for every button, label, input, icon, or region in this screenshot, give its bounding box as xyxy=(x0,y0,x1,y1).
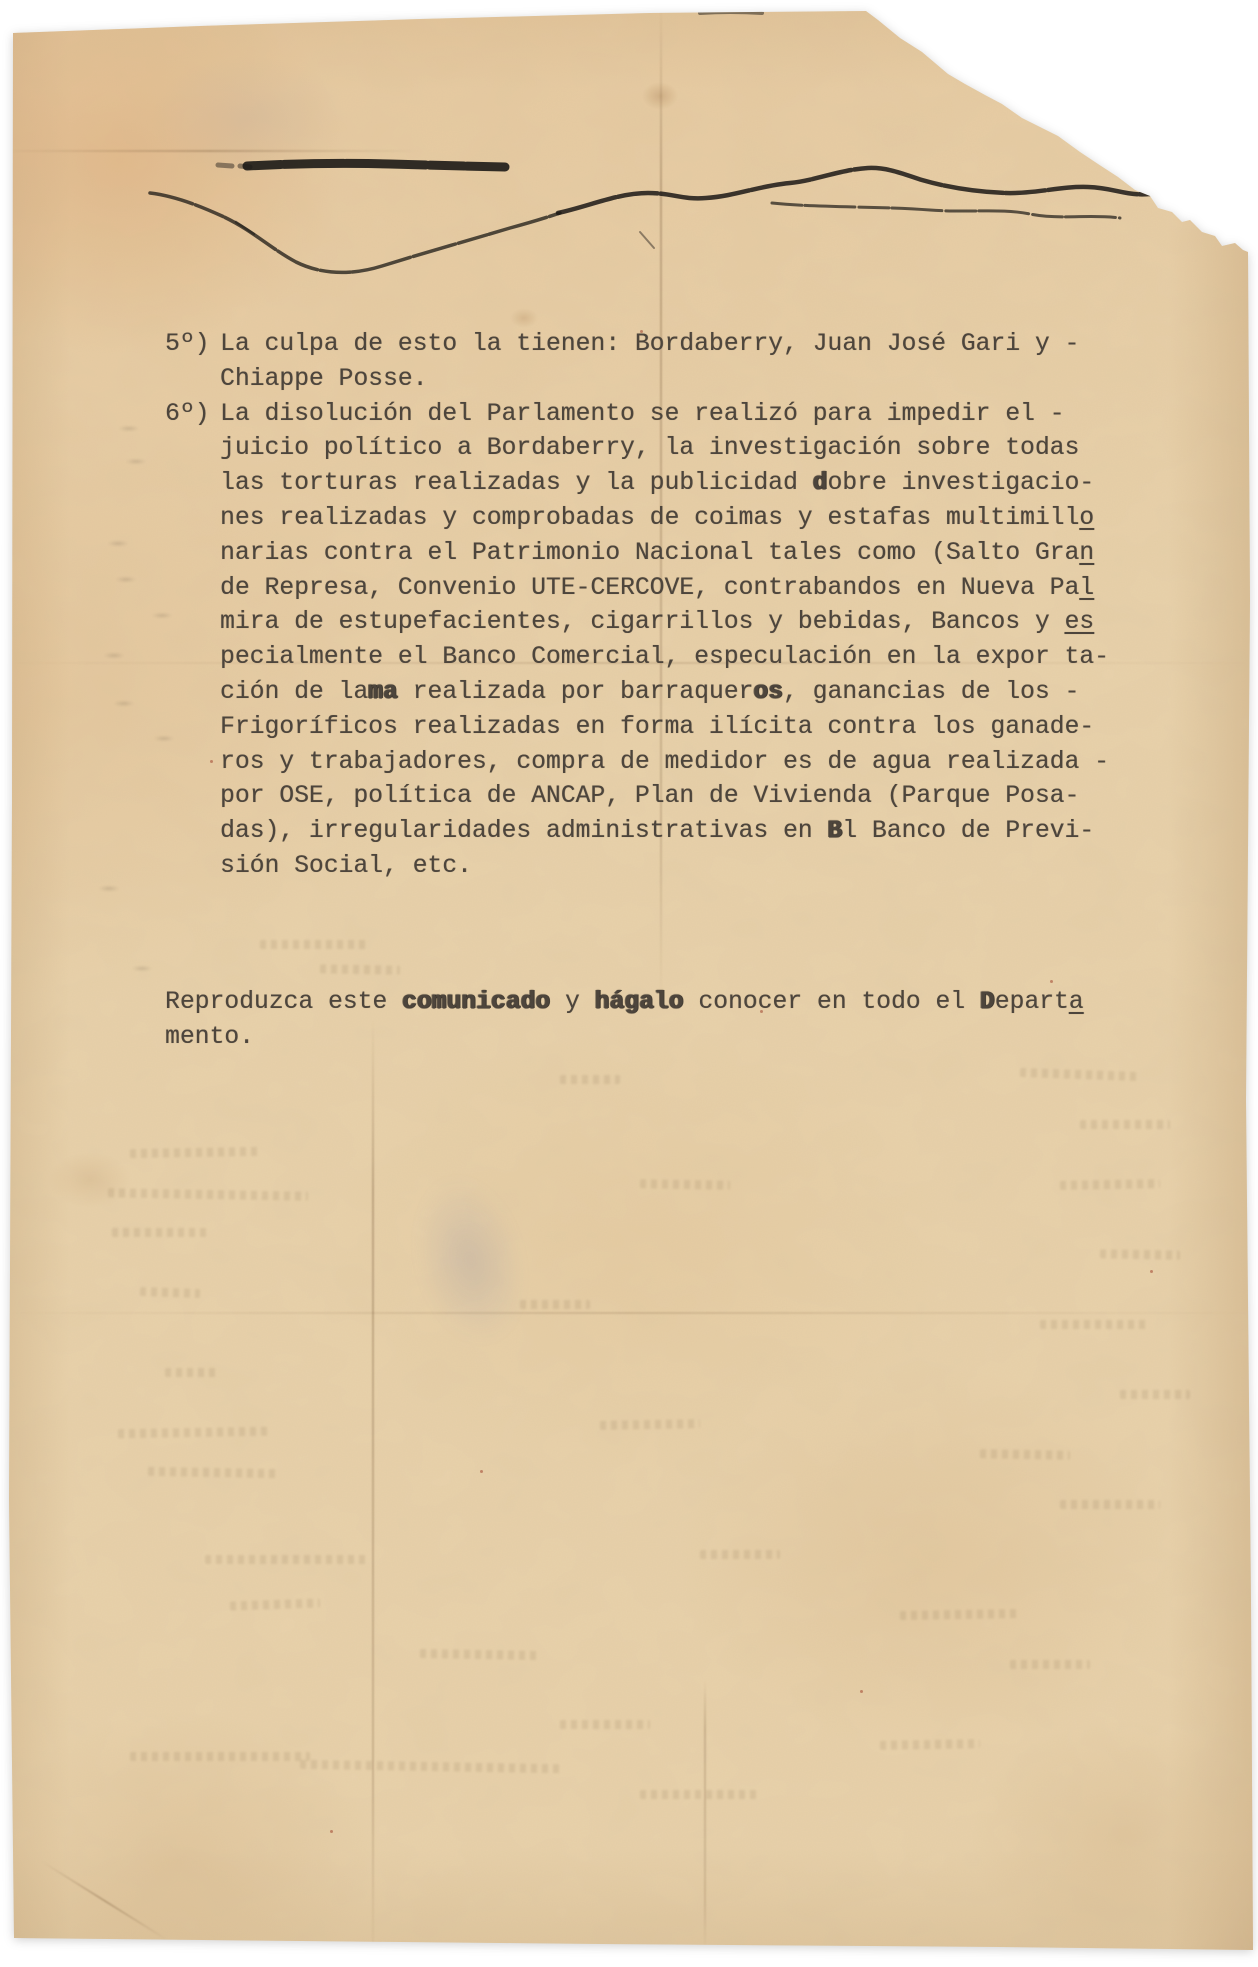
text-segment: La culpa de esto la tienen: Bordaberry, … xyxy=(220,330,1079,358)
text-line: 6º)La disolución del Parlamento se reali… xyxy=(165,397,1165,432)
text-line: pecialmente el Banco Comercial, especula… xyxy=(165,640,1165,675)
scanned-paper-wrapper: 5º)La culpa de esto la tienen: Bordaberr… xyxy=(0,0,1258,1967)
underlined-text: a xyxy=(1069,988,1084,1016)
scan-background: { "colors": { "background": "#ffffff", "… xyxy=(0,0,1258,1967)
underlined-text: es xyxy=(1064,608,1094,636)
text-segment: narias contra el Patrimonio Nacional tal… xyxy=(220,539,1079,567)
text-segment: La disolución del Parlamento se realizó … xyxy=(220,400,1064,428)
text-line: las torturas realizadas y la publicidad … xyxy=(165,466,1165,501)
text-segment: de Represa, Convenio UTE-CERCOVE, contra… xyxy=(220,574,1079,602)
overstruck-text: hágalo xyxy=(595,988,684,1016)
text-segment: Reproduzca este xyxy=(165,988,402,1016)
text-segment: ción de la xyxy=(220,678,368,706)
text-line: mento. xyxy=(165,1020,1165,1055)
overstruck-text: comunicado xyxy=(402,988,550,1016)
document-page: 5º)La culpa de esto la tienen: Bordaberr… xyxy=(0,0,1258,1967)
text-segment: Chiappe Posse. xyxy=(220,365,427,393)
overstruck-text: ma xyxy=(368,678,398,706)
text-segment: nes realizadas y comprobadas de coimas y… xyxy=(220,504,1079,532)
text-segment: juicio político a Bordaberry, la investi… xyxy=(220,434,1079,462)
text-segment: por OSE, política de ANCAP, Plan de Vivi… xyxy=(220,782,1079,810)
underlined-text: l xyxy=(1079,574,1094,602)
text-segment: obre investigacio- xyxy=(827,469,1094,497)
text-line: ros y trabajadores, compra de medidor es… xyxy=(165,745,1165,780)
text-segment: mira de estupefacientes, cigarrillos y b… xyxy=(220,608,1064,636)
text-line: Chiappe Posse. xyxy=(165,362,1165,397)
text-segment: las torturas realizadas y la publicidad xyxy=(220,469,813,497)
text-line: de Represa, Convenio UTE-CERCOVE, contra… xyxy=(165,571,1165,606)
text-line: ción de lama realizada por barraqueros, … xyxy=(165,675,1165,710)
text-segment: epart xyxy=(995,988,1069,1016)
paragraph: Reproduzca este comunicado y hágalo cono… xyxy=(165,985,1165,1055)
text-line: juicio político a Bordaberry, la investi… xyxy=(165,431,1165,466)
text-line: Reproduzca este comunicado y hágalo cono… xyxy=(165,985,1165,1020)
text-segment: conocer en todo el xyxy=(684,988,980,1016)
underlined-text: n xyxy=(1079,539,1094,567)
text-segment: das), irregularidades administrativas en xyxy=(220,817,827,845)
paragraph: 5º)La culpa de esto la tienen: Bordaberr… xyxy=(165,327,1165,397)
text-segment: , ganancias de los - xyxy=(783,678,1079,706)
text-segment: pecialmente el Banco Comercial, especula… xyxy=(220,643,1109,671)
text-segment: realizada por barraquer xyxy=(398,678,754,706)
text-segment: l Banco de Previ- xyxy=(842,817,1094,845)
text-line: mira de estupefacientes, cigarrillos y b… xyxy=(165,605,1165,640)
text-line: Frigoríficos realizadas en forma ilícita… xyxy=(165,710,1165,745)
text-segment: Frigoríficos realizadas en forma ilícita… xyxy=(220,713,1094,741)
text-line: narias contra el Patrimonio Nacional tal… xyxy=(165,536,1165,571)
paragraph: 6º)La disolución del Parlamento se reali… xyxy=(165,397,1165,884)
overstruck-text: B xyxy=(827,817,842,845)
typewritten-text: 5º)La culpa de esto la tienen: Bordaberr… xyxy=(165,327,1165,1054)
text-line: das), irregularidades administrativas en… xyxy=(165,814,1165,849)
text-line: nes realizadas y comprobadas de coimas y… xyxy=(165,501,1165,536)
underlined-text: o xyxy=(1079,504,1094,532)
text-segment: y xyxy=(550,988,594,1016)
item-marker: 6º) xyxy=(165,397,220,432)
text-segment: ros y trabajadores, compra de medidor es… xyxy=(220,748,1109,776)
item-marker: 5º) xyxy=(165,327,220,362)
text-line: por OSE, política de ANCAP, Plan de Vivi… xyxy=(165,779,1165,814)
overstruck-text: d xyxy=(813,469,828,497)
text-line: 5º)La culpa de esto la tienen: Bordaberr… xyxy=(165,327,1165,362)
paper-speck xyxy=(1238,160,1241,163)
text-segment: mento. xyxy=(165,1023,254,1051)
overstruck-text: D xyxy=(980,988,995,1016)
text-line: sión Social, etc. xyxy=(165,849,1165,884)
text-segment: sión Social, etc. xyxy=(220,852,472,880)
overstruck-text: os xyxy=(753,678,783,706)
